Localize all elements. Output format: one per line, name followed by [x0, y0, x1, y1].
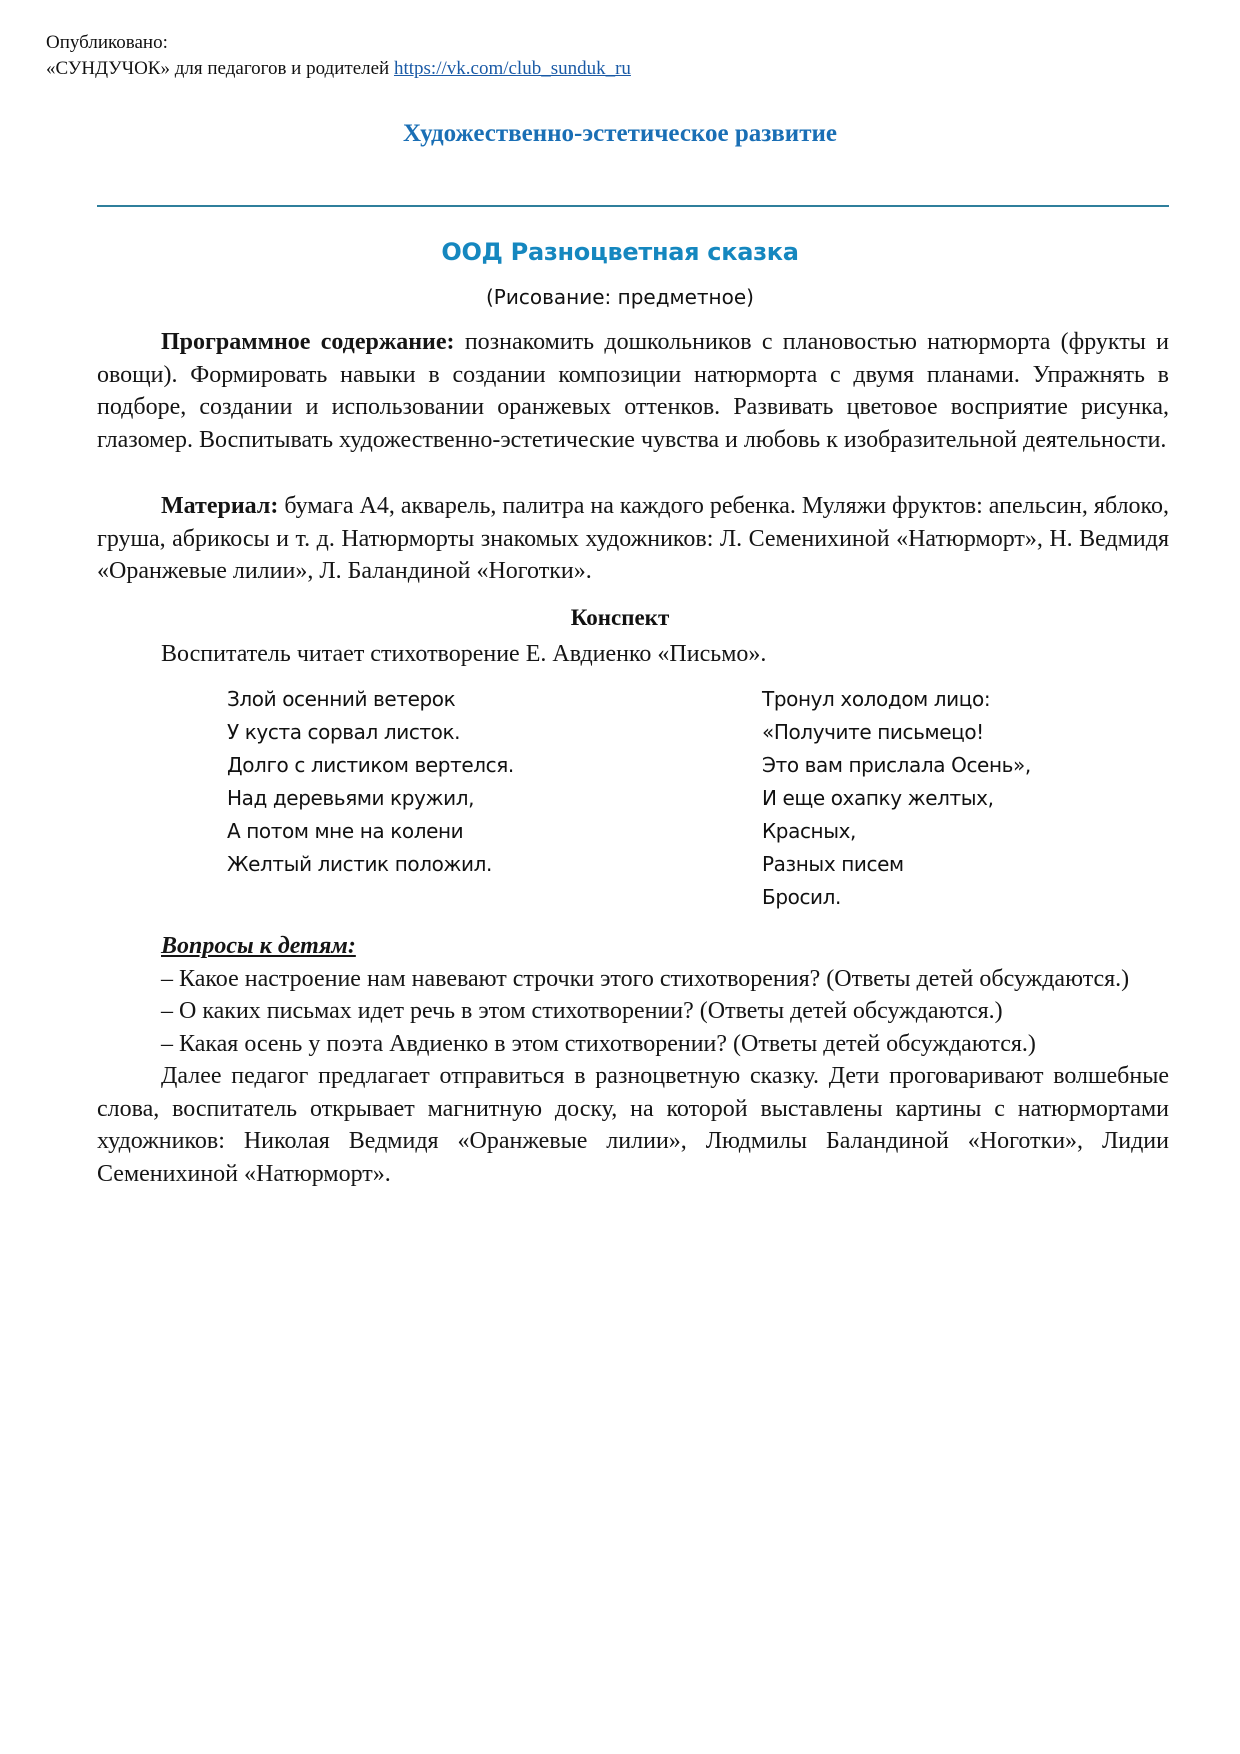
material-label: Материал: [161, 493, 278, 519]
program-content-paragraph: Программное содержание: познакомить дошк… [97, 326, 1169, 456]
poem-line: Желтый листик положил. [227, 848, 514, 881]
poem-line: Долго с листиком вертелся. [227, 749, 514, 782]
material-block: Материал: бумага А4, акварель, палитра н… [97, 490, 1169, 588]
published-label: Опубликовано: [46, 30, 631, 56]
conspect-heading: Конспект [0, 605, 1240, 631]
poem-line: Это вам прислала Осень», [762, 749, 1031, 782]
questions-heading-paragraph: Вопросы к детям: [97, 930, 1169, 963]
questions-block: Вопросы к детям: – Какое настроение нам … [97, 930, 1169, 1190]
source-link[interactable]: https://vk.com/club_sunduk_ru [394, 58, 631, 79]
program-content-block: Программное содержание: познакомить дошк… [97, 326, 1169, 456]
program-content-label: Программное содержание: [161, 329, 455, 355]
poem-line: Бросил. [762, 881, 1031, 914]
poem-line: Над деревьями кружил, [227, 782, 514, 815]
question-item: – О каких письмах идет речь в этом стихо… [97, 995, 1169, 1028]
questions-heading: Вопросы к детям: [161, 933, 356, 959]
material-paragraph: Материал: бумага А4, акварель, палитра н… [97, 490, 1169, 588]
lesson-title: ООД Разноцветная сказка [0, 238, 1240, 266]
conspect-intro: Воспитатель читает стихотворение Е. Авди… [97, 638, 1169, 671]
poem-line: «Получите письмецо! [762, 716, 1031, 749]
poem-right-column: Тронул холодом лицо: «Получите письмецо!… [762, 683, 1031, 914]
continuation-paragraph: Далее педагог предлагает отправиться в р… [97, 1060, 1169, 1190]
poem-line: Тронул холодом лицо: [762, 683, 1031, 716]
section-title: Художественно-эстетическое развитие [0, 120, 1240, 148]
poem-line: Злой осенний ветерок [227, 683, 514, 716]
question-item: – Какое настроение нам навевают строчки … [97, 963, 1169, 996]
question-item: – Какая осень у поэта Авдиенко в этом ст… [97, 1028, 1169, 1061]
poem-line: Разных писем [762, 848, 1031, 881]
source-line: «СУНДУЧОК» для педагогов и родителей htt… [46, 56, 631, 82]
poem-left-column: Злой осенний ветерок У куста сорвал лист… [227, 683, 514, 881]
poem-line: Красных, [762, 815, 1031, 848]
lesson-subtitle: (Рисование: предметное) [0, 285, 1240, 309]
poem-line: У куста сорвал листок. [227, 716, 514, 749]
conspect-intro-block: Воспитатель читает стихотворение Е. Авди… [97, 638, 1169, 671]
poem-line: А потом мне на колени [227, 815, 514, 848]
divider-rule [97, 205, 1169, 207]
poem-line: И еще охапку желтых, [762, 782, 1031, 815]
publication-note: Опубликовано: «СУНДУЧОК» для педагогов и… [46, 30, 631, 82]
source-text: «СУНДУЧОК» для педагогов и родителей [46, 58, 389, 79]
